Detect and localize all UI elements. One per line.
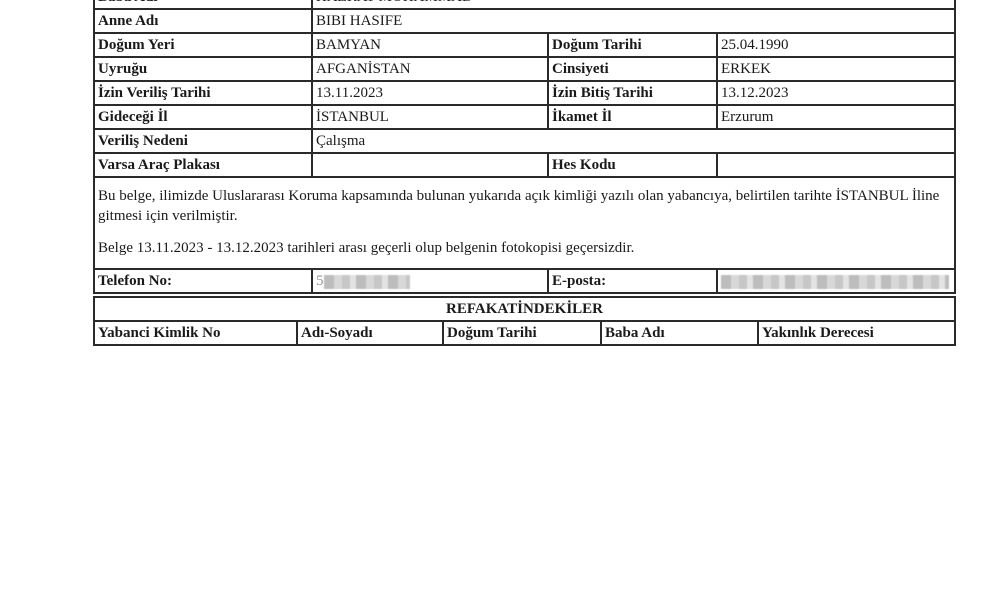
value-verilis-nedeni: Çalışma	[312, 129, 955, 153]
statement-cell: Bu belge, ilimizde Uluslararası Koruma k…	[94, 177, 955, 269]
col-adi-soyadi: Adı-Soyadı	[297, 321, 443, 345]
col-yabanci-kimlik-no: Yabanci Kimlik No	[94, 321, 297, 345]
row-contact: Telefon No: 5 E-posta:	[94, 269, 955, 293]
label-gidecegi-il: Gideceği İl	[94, 105, 312, 129]
label-dogum-tarihi: Doğum Tarihi	[548, 33, 717, 57]
companions-title-row: REFAKATİNDEKİLER	[94, 297, 955, 321]
value-dogum-yeri: BAMYAN	[312, 33, 548, 57]
value-gidecegi-il: İSTANBUL	[312, 105, 548, 129]
label-uyrugu: Uyruğu	[94, 57, 312, 81]
col-baba-adi: Baba Adı	[601, 321, 758, 345]
redacted-email	[721, 275, 949, 289]
label-izin-bitis: İzin Bitiş Tarihi	[548, 81, 717, 105]
companions-title: REFAKATİNDEKİLER	[94, 297, 955, 321]
label-anne-adi: Anne Adı	[94, 9, 312, 33]
statement-paragraph-2: Belge 13.11.2023 - 13.12.2023 tarihleri …	[98, 238, 951, 258]
row-verilis-nedeni: Veriliş Nedeni Çalışma	[94, 129, 955, 153]
label-cinsiyeti: Cinsiyeti	[548, 57, 717, 81]
value-izin-bitis: 13.12.2023	[717, 81, 955, 105]
value-dogum-tarihi: 25.04.1990	[717, 33, 955, 57]
redacted-phone	[324, 275, 410, 289]
value-telefon: 5	[312, 269, 548, 293]
label-izin-verilis: İzin Veriliş Tarihi	[94, 81, 312, 105]
col-yakinlik-derecesi: Yakınlık Derecesi	[758, 321, 955, 345]
value-ikamet-il: Erzurum	[717, 105, 955, 129]
row-baba-adi: Baba Adı HAZRAT MOHAMMAD	[94, 0, 955, 9]
label-arac-plakasi: Varsa Araç Plakası	[94, 153, 312, 177]
row-il: Gideceği İl İSTANBUL İkamet İl Erzurum	[94, 105, 955, 129]
label-verilis-nedeni: Veriliş Nedeni	[94, 129, 312, 153]
label-dogum-yeri: Doğum Yeri	[94, 33, 312, 57]
label-telefon: Telefon No:	[94, 269, 312, 293]
value-eposta	[717, 269, 955, 293]
row-anne-adi: Anne Adı BIBI HASIFE	[94, 9, 955, 33]
row-dogum: Doğum Yeri BAMYAN Doğum Tarihi 25.04.199…	[94, 33, 955, 57]
personal-info-table: Baba Adı HAZRAT MOHAMMAD Anne Adı BIBI H…	[93, 0, 956, 294]
value-uyrugu: AFGANİSTAN	[312, 57, 548, 81]
value-arac-plakasi	[312, 153, 548, 177]
label-ikamet-il: İkamet İl	[548, 105, 717, 129]
label-baba-adi: Baba Adı	[94, 0, 312, 9]
value-anne-adi: BIBI HASIFE	[312, 9, 955, 33]
phone-prefix: 5	[316, 273, 324, 289]
value-hes-kodu	[717, 153, 955, 177]
value-baba-adi: HAZRAT MOHAMMAD	[312, 0, 955, 9]
row-uyrugu: Uyruğu AFGANİSTAN Cinsiyeti ERKEK	[94, 57, 955, 81]
label-eposta: E-posta:	[548, 269, 717, 293]
travel-permit-document: Baba Adı HAZRAT MOHAMMAD Anne Adı BIBI H…	[93, 0, 954, 346]
row-izin: İzin Veriliş Tarihi 13.11.2023 İzin Biti…	[94, 81, 955, 105]
value-izin-verilis: 13.11.2023	[312, 81, 548, 105]
row-statement: Bu belge, ilimizde Uluslararası Koruma k…	[94, 177, 955, 269]
statement-paragraph-1: Bu belge, ilimizde Uluslararası Koruma k…	[98, 186, 951, 226]
companions-header-row: Yabanci Kimlik No Adı-Soyadı Doğum Tarih…	[94, 321, 955, 345]
companions-table: REFAKATİNDEKİLER Yabanci Kimlik No Adı-S…	[93, 296, 956, 346]
value-cinsiyeti: ERKEK	[717, 57, 955, 81]
col-dogum-tarihi: Doğum Tarihi	[443, 321, 601, 345]
label-hes-kodu: Hes Kodu	[548, 153, 717, 177]
row-arac-hes: Varsa Araç Plakası Hes Kodu	[94, 153, 955, 177]
